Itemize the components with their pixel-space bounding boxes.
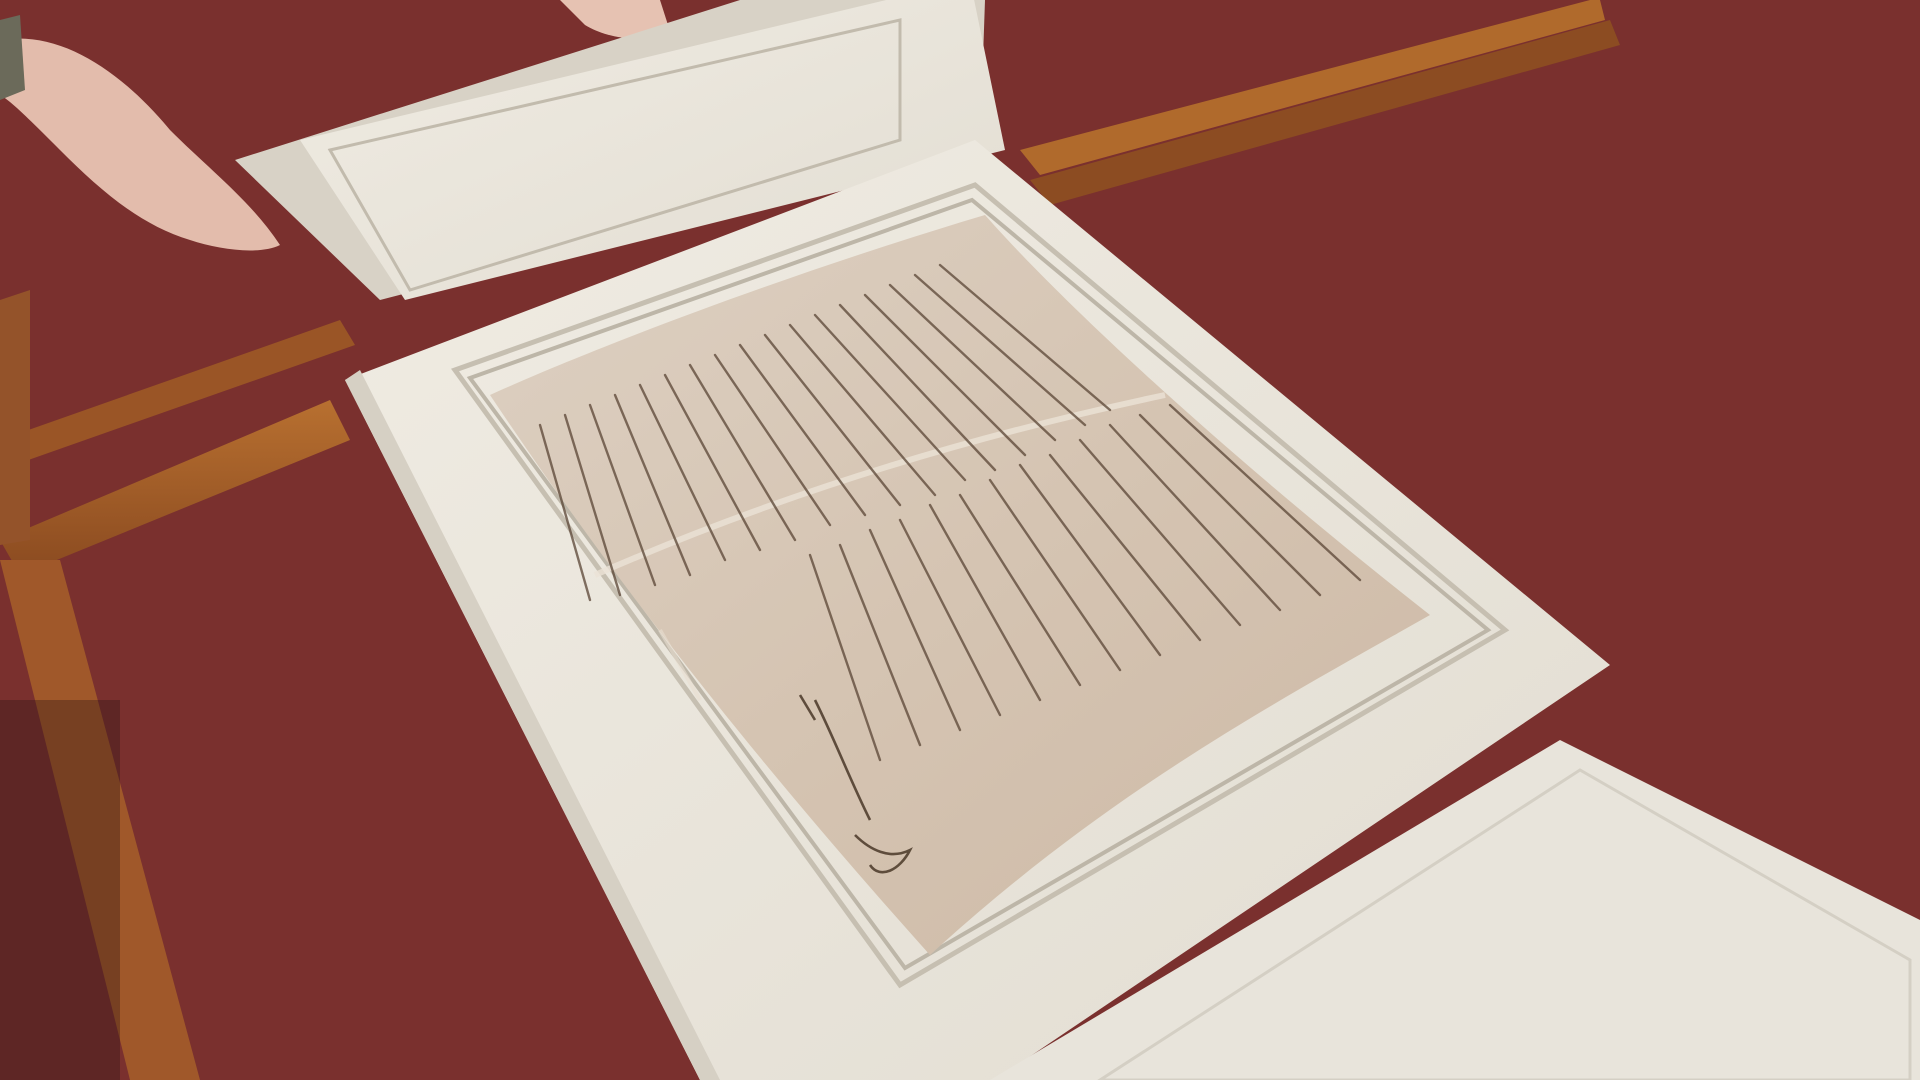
photo-scene: Historic handwritten manuscript letter m… xyxy=(0,0,1920,1080)
photo-illustration xyxy=(0,0,1920,1080)
